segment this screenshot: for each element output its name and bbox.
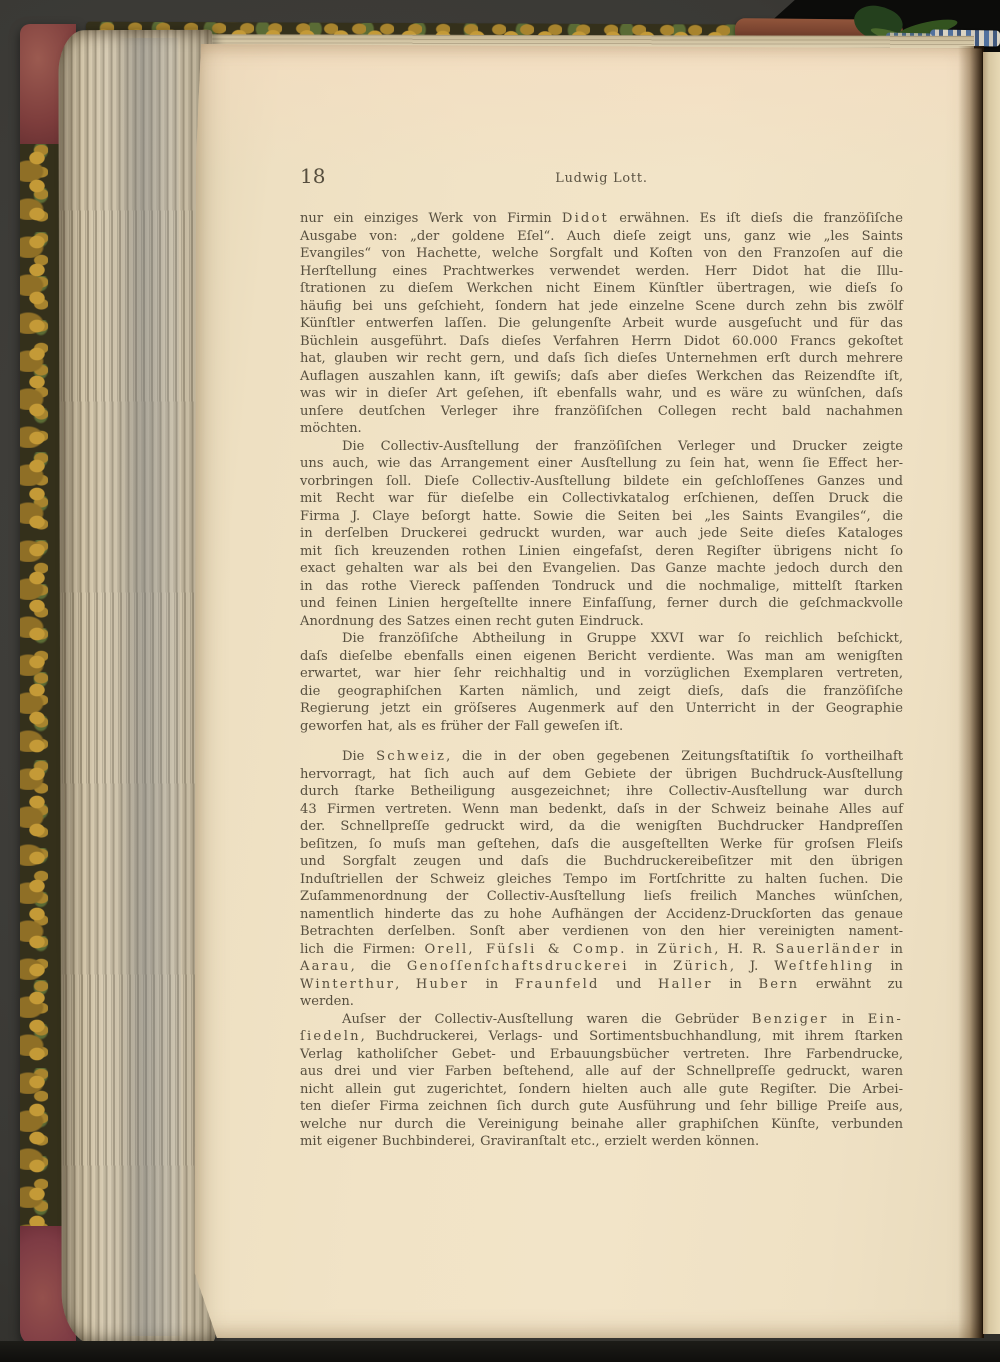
text-line: beſitzen, ſo muſs man geſtehen, daſs die… [300, 836, 903, 854]
text-line: Die Collectiv-Ausſtellung der franzöſiſc… [300, 438, 903, 456]
text-line: werden. [300, 993, 903, 1011]
text-line: Auflagen auszahlen kann, iſt gewiſs; daſ… [300, 368, 903, 386]
letterspaced-name: Winterthur [300, 977, 395, 992]
text-line: aus drei und vier Farben beſtehend, alle… [300, 1063, 903, 1081]
letterspaced-name: Huber [416, 977, 469, 992]
text-line: Ausgabe von: „der goldene Eſel“. Auch di… [300, 228, 903, 246]
text-line: Auſser der Collectiv-Ausſtellung waren d… [300, 1011, 903, 1029]
text-line: ſiedeln, Buchdruckerei, Verlags- und Sor… [300, 1028, 903, 1046]
letterspaced-name: Didot [562, 211, 609, 226]
background-bottom-shadow [0, 1341, 1000, 1362]
letterspaced-name: Ein- [868, 1012, 903, 1027]
text-line: nur ein einziges Werk von Firmin Didot e… [300, 210, 903, 228]
text-line: Zuſammenordnung der Collectiv-Ausſtellun… [300, 888, 903, 906]
text-line: durch ſtarke Betheiligung ausgezeichnet;… [300, 783, 903, 801]
letterspaced-name: ſiedeln [300, 1029, 361, 1044]
text-line: und feinen Linien hergeſtellte innere Ei… [300, 595, 903, 613]
paragraph: Die Schweiz, die in der oben gegebenen Z… [300, 748, 903, 1011]
text-line: mit eigener Buchbinderei, Graviranſtalt … [300, 1133, 903, 1151]
letterspaced-name: Benziger [752, 1012, 829, 1027]
letterspaced-name: Zürich [657, 942, 714, 957]
text-line: der. Schnellpreſſe gedruckt wird, da die… [300, 818, 903, 836]
text-line: ſtrationen zu dieſem Werkchen nicht Eine… [300, 280, 903, 298]
letterspaced-name: Weſtfehling [774, 959, 874, 974]
text-block: nur ein einziges Werk von Firmin Didot e… [300, 210, 903, 1151]
text-line: unſere deutſchen Verleger ihre franzöſiſ… [300, 403, 903, 421]
text-line: mit ſich kreuzenden rothen Linien eingef… [300, 543, 903, 561]
text-line: Firma J. Claye beſorgt hatte. Sowie die … [300, 508, 903, 526]
text-line: die geographiſchen Karten nämlich, und z… [300, 683, 903, 701]
book-photo-scene: 18 Ludwig Lott. nur ein einziges Werk vo… [0, 0, 1000, 1362]
text-line: Verlag katholiſcher Gebet- und Erbauungs… [300, 1046, 903, 1064]
paragraph: Die Collectiv-Ausſtellung der franzöſiſc… [300, 438, 903, 631]
text-line: Die franzöſiſche Abtheilung in Gruppe XX… [300, 630, 903, 648]
text-line: vorbringen ſoll. Dieſe Collectiv-Ausſtel… [300, 473, 903, 491]
text-line: Betrachten derſelben. Sonſt aber verdien… [300, 923, 903, 941]
letterspaced-name: Fraunfeld [515, 977, 600, 992]
text-line: Anordnung des Satzes einen recht guten E… [300, 613, 903, 631]
letterspaced-name: Zürich [673, 959, 730, 974]
text-line: hat, glauben wir recht gern, und daſs ſi… [300, 350, 903, 368]
text-line: Evangiles“ von Hachette, welche Sorgfalt… [300, 245, 903, 263]
text-line: möchten. [300, 420, 903, 438]
text-line: Herſtellung eines Prachtwerkes verwendet… [300, 263, 903, 281]
text-line: hervorragt, hat ſich auch auf dem Gebiet… [300, 766, 903, 784]
letterspaced-name: Bern [759, 977, 800, 992]
text-line: in das rothe Viereck paſſenden Tondruck … [300, 578, 903, 596]
text-line: erwartet, war hier ſehr reichhaltig und … [300, 665, 903, 683]
text-line: geworfen hat, als es früher der Fall gew… [300, 718, 903, 736]
text-line: nicht allein gut zugerichtet, ſondern hi… [300, 1081, 903, 1099]
text-line: mit Recht war für dieſelbe ein Collectiv… [300, 490, 903, 508]
running-title: Ludwig Lott. [300, 171, 903, 186]
open-book-page: 18 Ludwig Lott. nur ein einziges Werk vo… [194, 44, 982, 1338]
text-line: 43 Firmen vertreten. Wenn man bedenkt, d… [300, 801, 903, 819]
text-line: und Sorgfalt zeugen und daſs die Buchdru… [300, 853, 903, 871]
text-line: namentlich hinderte das zu hohe Aufhänge… [300, 906, 903, 924]
text-line: Künſtler entwerfen laſſen. Die gelungenſ… [300, 315, 903, 333]
letterspaced-name: Genoſſenſchaftsdruckerei [407, 959, 629, 974]
page-stack-fore-edge [58, 30, 215, 1346]
facing-page-sliver [983, 52, 1000, 1334]
letterspaced-name: Orell, Füſsli & Comp. [424, 942, 626, 957]
paragraph: nur ein einziges Werk von Firmin Didot e… [300, 210, 903, 438]
letterspaced-name: Haller [658, 977, 713, 992]
text-line: in derſelben Druckerei gedruckt wurden, … [300, 525, 903, 543]
gutter-shadow [958, 46, 984, 1338]
text-line: Winterthur, Huber in Fraunfeld und Halle… [300, 976, 903, 994]
paragraph: Auſser der Collectiv-Ausſtellung waren d… [300, 1011, 903, 1151]
text-line: Büchlein ausgeführt. Daſs dieſes Verfahr… [300, 333, 903, 351]
text-line: Regierung jetzt ein gröſseres Augenmerk … [300, 700, 903, 718]
paragraph: Die franzöſiſche Abtheilung in Gruppe XX… [300, 630, 903, 735]
text-line: exact gehalten war als bei den Evangelie… [300, 560, 903, 578]
letterspaced-name: Aarau [300, 959, 351, 974]
text-line: Aarau, die Genoſſenſchaftsdruckerei in Z… [300, 958, 903, 976]
text-line: uns auch, wie das Arrangement einer Ausſ… [300, 455, 903, 473]
text-line: lich die Firmen: Orell, Füſsli & Comp. i… [300, 941, 903, 959]
text-line: häufig bei uns geſchieht, ſondern hat je… [300, 298, 903, 316]
letterspaced-name: Sauerländer [775, 942, 881, 957]
letterspaced-name: Schweiz [376, 749, 446, 764]
text-line: welche nur durch die Vereinigung beinahe… [300, 1116, 903, 1134]
text-line: was wir in dieſer Art geſehen, iſt ebenf… [300, 385, 903, 403]
text-line: ten dieſer Firma zeichnen ſich durch gut… [300, 1098, 903, 1116]
text-line: daſs dieſelbe ebenfalls einen eigenen Be… [300, 648, 903, 666]
text-line: Induſtriellen der Schweiz gleiches Tempo… [300, 871, 903, 889]
text-line: Die Schweiz, die in der oben gegebenen Z… [300, 748, 903, 766]
